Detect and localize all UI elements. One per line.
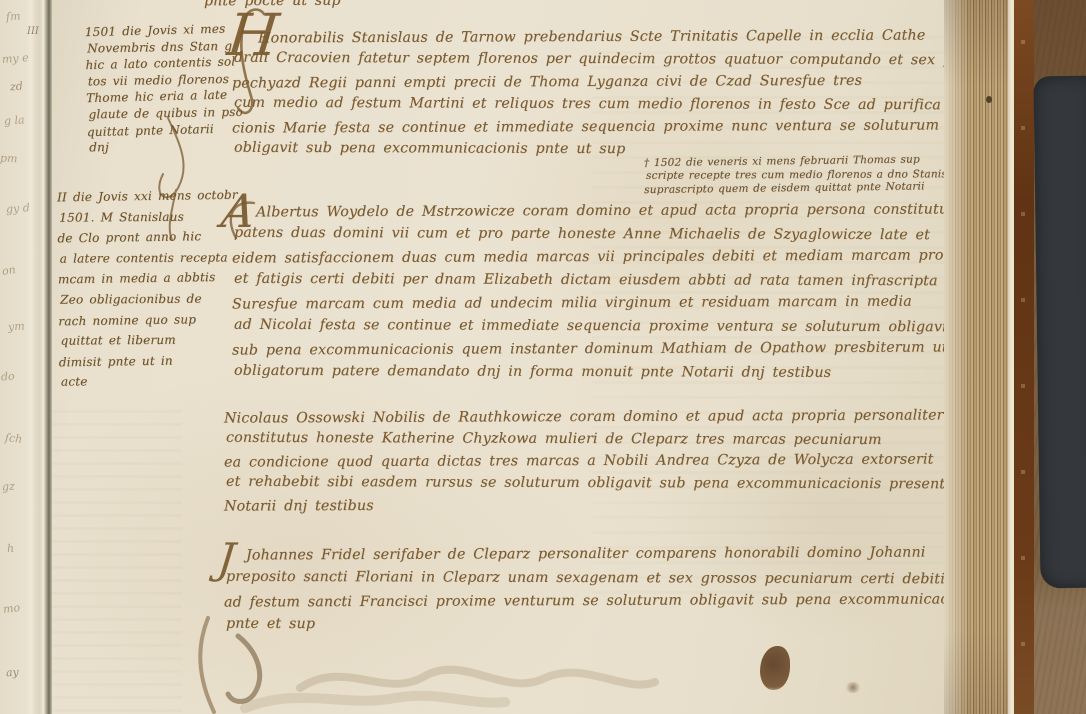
entry-paragraph-4: Johannes Fridel serifaber de Cleparz per… bbox=[224, 543, 940, 637]
manuscript-line: Suresfue marcam cum media ad undecim mil… bbox=[232, 290, 948, 316]
manuscript-line: preposito sancti Floriani in Cleparz una… bbox=[226, 565, 940, 591]
entry-paragraph-1: Honorabilis Stanislaus de Tarnow prebend… bbox=[232, 26, 948, 160]
margin-note-2: II die Jovis xxi mens octobr1501. M Stan… bbox=[57, 185, 245, 393]
binding-leather-edge bbox=[1014, 0, 1036, 714]
manuscript-line: quittat et liberum bbox=[60, 330, 244, 352]
ink-fragment: pm bbox=[0, 152, 18, 166]
manuscript-line: dimisit pnte ut in bbox=[59, 349, 245, 372]
entry-paragraph-3: Nicolaus Ossowski Nobilis de Rauthkowicz… bbox=[224, 406, 940, 516]
manuscript-line: rach nomine quo sup bbox=[58, 308, 244, 331]
manuscript-line: et fatigis certi debiti per dnam Elizabe… bbox=[234, 268, 948, 293]
ink-fragment: g la bbox=[4, 113, 25, 127]
manuscript-line: eidem satisfaccionem duas cum media marc… bbox=[232, 244, 948, 270]
manuscript-line: Johannes Fridel serifaber de Cleparz per… bbox=[224, 541, 940, 568]
manuscript-line: ea condicione quod quarta dictas tres ma… bbox=[224, 448, 940, 473]
ink-fragment: do bbox=[1, 370, 16, 384]
manuscript-line: 1501. M Stanislaus bbox=[59, 206, 243, 228]
manuscript-line: obligatorum patere demandato dnj in form… bbox=[234, 360, 948, 385]
book-fore-edge bbox=[944, 0, 1010, 714]
ink-fragment: ſch bbox=[4, 431, 22, 445]
ink-fragment: gz bbox=[2, 480, 16, 494]
manuscript-line: cionis Marie festa se continue et immedi… bbox=[232, 114, 948, 140]
corner-mark: III bbox=[27, 26, 39, 37]
manuscript-line: et rehabebit sibi easdem rursus se solut… bbox=[226, 471, 940, 495]
manuscript-line: patens duas domini vii cum et pro parte … bbox=[234, 222, 948, 247]
manuscript-photo: ſmmy ezdg lapmgy donymdoſchgzhmoay III p… bbox=[0, 0, 1086, 714]
manuscript-line: constitutus honeste Katherine Chyzkowa m… bbox=[226, 427, 940, 451]
manuscript-line: ad Nicolai festa se continue et immediat… bbox=[234, 314, 948, 339]
manuscript-line: pechyazd Regii panni empti precii de Tho… bbox=[232, 69, 948, 95]
manuscript-line: a latere contentis recepta bbox=[60, 247, 244, 269]
manuscript-line: Zeo obligacionibus de bbox=[60, 288, 244, 310]
manuscript-line: Notarii dnj testibus bbox=[224, 492, 940, 517]
ink-fragment: my e bbox=[2, 51, 29, 66]
manuscript-line: ad festum sancti Francisci proxime ventu… bbox=[224, 589, 940, 616]
ink-fragment: mo bbox=[2, 601, 21, 616]
ink-fragment: on bbox=[1, 263, 17, 278]
fore-edge-shading bbox=[944, 0, 1010, 714]
interlinear-receipt-note: † 1502 die veneris xi mens februarii Tho… bbox=[644, 154, 948, 197]
ink-fragment: h bbox=[7, 542, 15, 555]
manuscript-line: de Clo pront anno hic bbox=[57, 226, 243, 249]
manuscript-page: pnte pocte ut sup 1501 die Jovis xi mesN… bbox=[52, 0, 948, 714]
manuscript-line: pnte et sup bbox=[226, 613, 940, 639]
manuscript-line: Nicolaus Ossowski Nobilis de Rauthkowicz… bbox=[224, 404, 940, 429]
ink-fragment: ſm bbox=[6, 10, 21, 24]
ink-fragment: gy d bbox=[6, 201, 31, 216]
manuscript-line: cum medio ad festum Martini et reliquos … bbox=[234, 92, 948, 117]
manuscript-line: II die Jovis xxi mens octobr bbox=[57, 185, 243, 208]
manuscript-line: sub pena excommunicacionis quem instante… bbox=[232, 336, 948, 362]
ink-bleedthrough bbox=[52, 410, 182, 714]
ink-fragment: ym bbox=[8, 319, 26, 333]
facing-page-edge: ſmmy ezdg lapmgy donymdoſchgzhmoay III bbox=[0, 0, 44, 714]
binding-stitch-marks bbox=[1021, 0, 1025, 714]
manuscript-line: acte bbox=[61, 371, 245, 393]
ink-fragment: ay bbox=[6, 666, 20, 680]
entry-paragraph-2: Albertus Woydelo de Mstrzowicze coram do… bbox=[232, 200, 948, 384]
manuscript-line: mcam in media a abbtis bbox=[58, 267, 244, 290]
ink-fragment: zd bbox=[10, 80, 24, 94]
book-cover bbox=[1034, 0, 1086, 714]
wormhole-mark bbox=[986, 96, 992, 103]
ink-stain bbox=[845, 682, 861, 693]
manuscript-line: drali Cracovien fatetur septem florenos … bbox=[234, 47, 948, 72]
manuscript-line: Albertus Woydelo de Mstrzowicze coram do… bbox=[232, 198, 948, 224]
cover-fabric-panel bbox=[1033, 76, 1086, 589]
